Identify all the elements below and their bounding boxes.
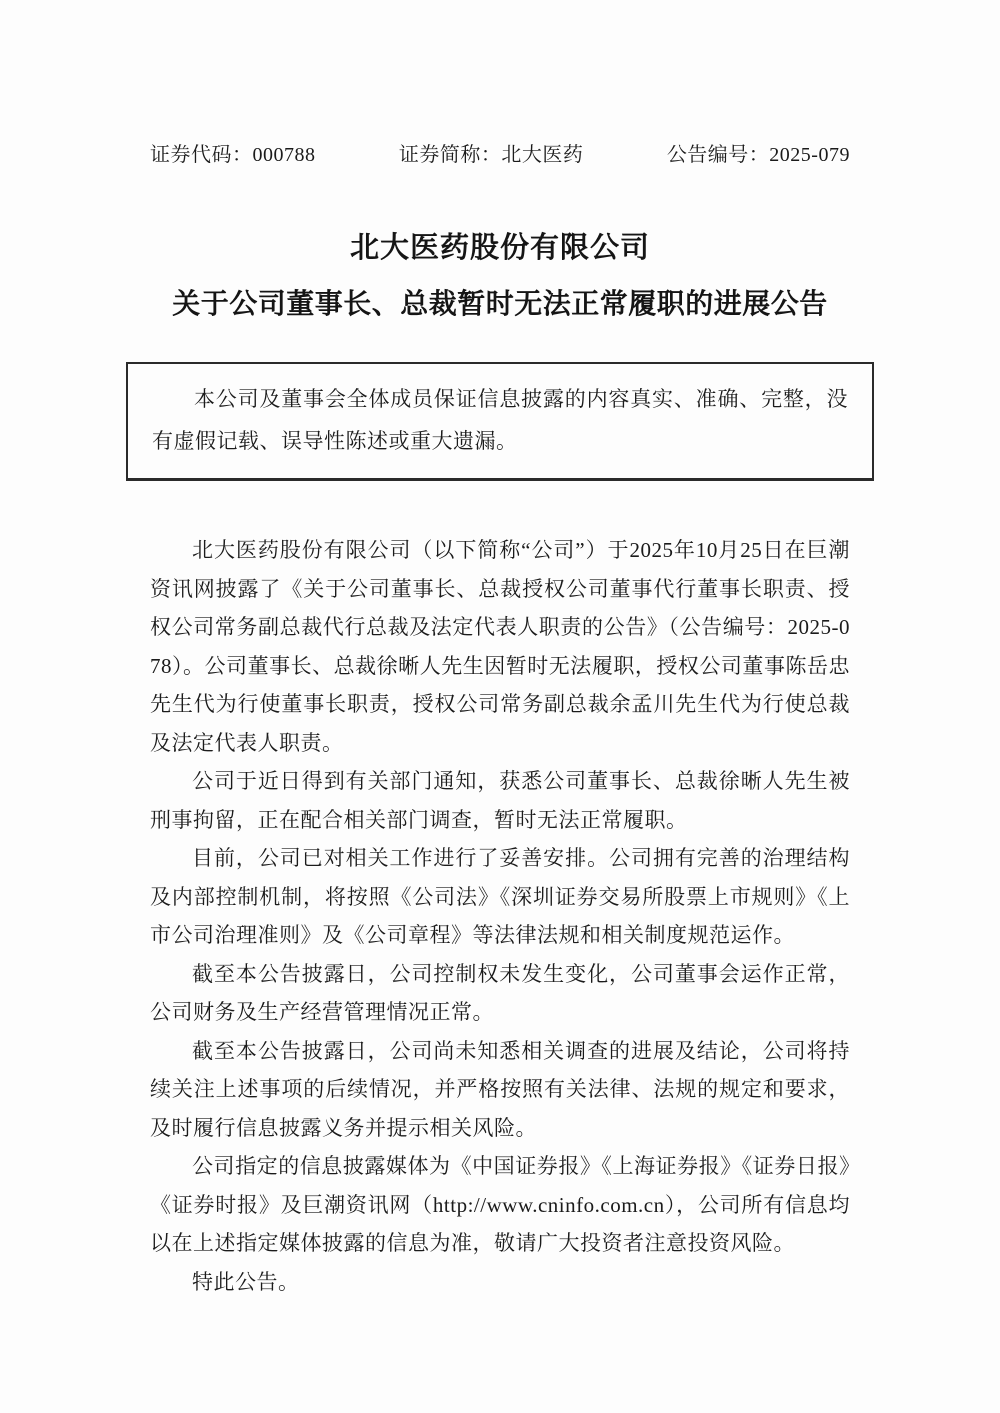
announcement-page: 证券代码：000788 证券简称：北大医药 公告编号：2025-079 北大医药… (0, 0, 1000, 1413)
body-paragraph: 特此公告。 (150, 1263, 850, 1302)
body-paragraph: 目前，公司已对相关工作进行了妥善安排。公司拥有完善的治理结构及内部控制机制，将按… (150, 839, 850, 955)
disclaimer-text: 本公司及董事会全体成员保证信息披露的内容真实、准确、完整，没有虚假记载、误导性陈… (152, 378, 848, 462)
body-paragraph: 公司于近日得到有关部门通知，获悉公司董事长、总裁徐晰人先生被刑事拘留，正在配合相… (150, 762, 850, 839)
body-paragraph: 公司指定的信息披露媒体为《中国证券报》《上海证券报》《证券日报》《证券时报》及巨… (150, 1147, 850, 1263)
stock-short-name: 证券简称：北大医药 (399, 138, 584, 167)
company-name-title: 北大医药股份有限公司 (150, 225, 850, 266)
disclaimer-box: 本公司及董事会全体成员保证信息披露的内容真实、准确、完整，没有虚假记载、误导性陈… (126, 362, 874, 481)
body-paragraph: 截至本公告披露日，公司控制权未发生变化，公司董事会运作正常，公司财务及生产经营管… (150, 955, 850, 1032)
announcement-title: 关于公司董事长、总裁暂时无法正常履职的进展公告 (150, 282, 850, 322)
body-paragraph: 截至本公告披露日，公司尚未知悉相关调查的进展及结论，公司将持续关注上述事项的后续… (150, 1032, 850, 1148)
body-paragraph: 北大医药股份有限公司（以下简称“公司”）于2025年10月25日在巨潮资讯网披露… (150, 531, 850, 762)
announcement-number: 公告编号：2025-079 (667, 138, 850, 167)
announcement-body: 北大医药股份有限公司（以下简称“公司”）于2025年10月25日在巨潮资讯网披露… (150, 531, 850, 1301)
document-meta-row: 证券代码：000788 证券简称：北大医药 公告编号：2025-079 (150, 138, 850, 167)
stock-code: 证券代码：000788 (150, 138, 316, 167)
document-content: 证券代码：000788 证券简称：北大医药 公告编号：2025-079 北大医药… (150, 0, 850, 1301)
